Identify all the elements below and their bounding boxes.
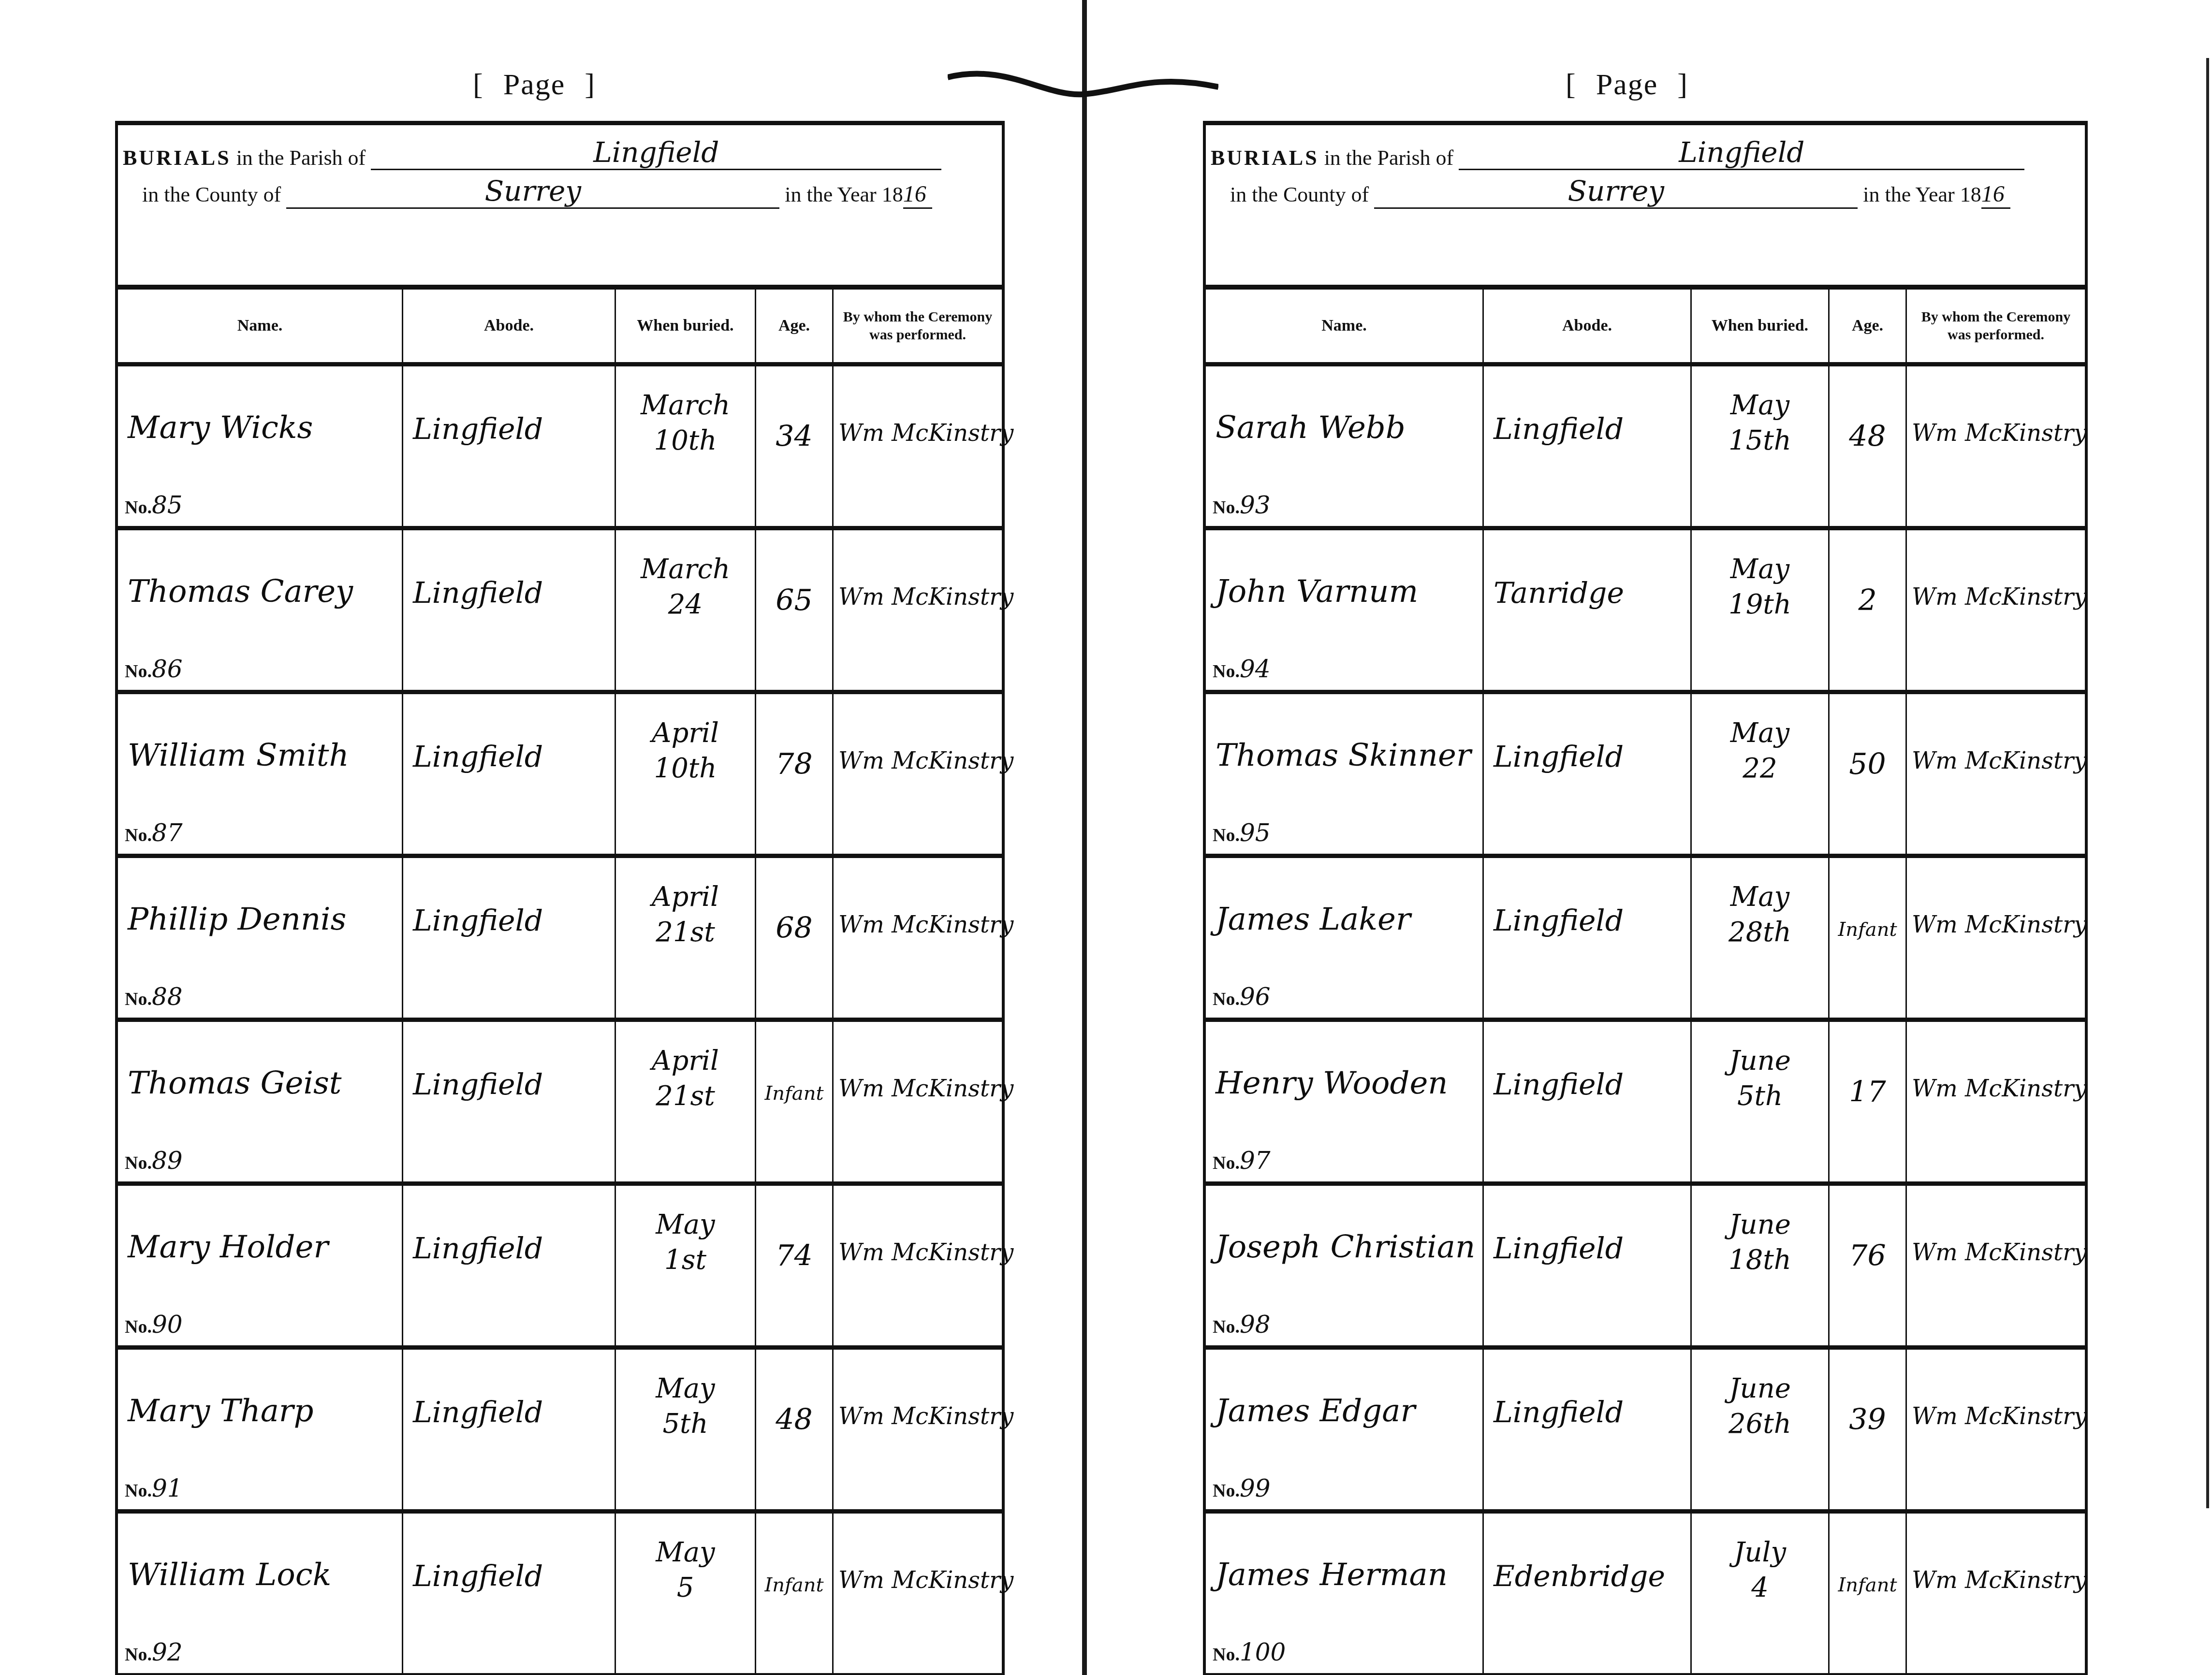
burial-day: 5 (616, 1571, 755, 1606)
deceased-name: Sarah Webb (1216, 410, 1406, 446)
officiant: Wm McKinstry (838, 1403, 1013, 1430)
burial-month: May (1692, 388, 1828, 423)
burial-date-cell: June18th (1692, 1186, 1830, 1345)
burial-month: May (1692, 552, 1828, 587)
burial-month: May (1692, 880, 1828, 915)
age: 39 (1830, 1403, 1905, 1437)
abode: Lingfield (1494, 1232, 1624, 1266)
age-cell: Infant (1830, 1514, 1907, 1673)
burial-entry-row: William LockNo.92LingfieldMay5InfantWm M… (118, 1514, 1002, 1675)
burial-date-cell: April10th (616, 694, 756, 854)
age-cell: 39 (1830, 1350, 1907, 1509)
age: Infant (1830, 918, 1905, 941)
parish-field: Lingfield (1459, 136, 2024, 170)
officiant: Wm McKinstry (838, 583, 1013, 611)
burial-entry-row: Thomas GeistNo.89LingfieldApril21stInfan… (118, 1022, 1002, 1186)
form-title: BURIALS (123, 146, 231, 170)
officiant: Wm McKinstry (838, 1239, 1013, 1266)
burial-day: 10th (616, 423, 755, 459)
burial-month: May (616, 1371, 755, 1407)
officiant-cell: Wm McKinstry (834, 366, 1002, 526)
age-cell: 2 (1830, 530, 1907, 690)
entry-number: No.87 (125, 819, 183, 847)
name-cell: Phillip DennisNo.88 (118, 858, 403, 1018)
age: 48 (756, 1403, 832, 1437)
page-number-label: [Page] (1546, 68, 1708, 102)
entry-number: No.91 (125, 1474, 183, 1502)
burial-month: June (1692, 1044, 1828, 1079)
deceased-name: Henry Wooden (1216, 1065, 1448, 1101)
deceased-name: James Edgar (1216, 1393, 1415, 1429)
burial-date-cell: March10th (616, 366, 756, 526)
abode: Lingfield (413, 1232, 543, 1266)
deceased-name: John Varnum (1216, 574, 1418, 610)
age-cell: Infant (756, 1514, 834, 1673)
burial-entry-row: James EdgarNo.99LingfieldJune26th39Wm Mc… (1206, 1350, 2085, 1514)
burial-month: May (616, 1208, 755, 1243)
deceased-name: Thomas Skinner (1216, 738, 1471, 773)
abode-cell: Lingfield (403, 858, 616, 1018)
officiant-cell: Wm McKinstry (1907, 694, 2085, 854)
deceased-name: Joseph Christian (1216, 1229, 1475, 1265)
officiant: Wm McKinstry (1912, 911, 2087, 938)
age-cell: 48 (1830, 366, 1907, 526)
abode: Edenbridge (1494, 1559, 1665, 1593)
abode: Lingfield (413, 740, 543, 774)
age: Infant (1830, 1574, 1905, 1596)
name-cell: Thomas SkinnerNo.95 (1206, 694, 1484, 854)
abode-cell: Lingfield (403, 530, 616, 690)
col-abode: Abode. (1484, 290, 1692, 362)
burial-entry-row: Mary HolderNo.90LingfieldMay1st74Wm McKi… (118, 1186, 1002, 1350)
abode-cell: Lingfield (1484, 1186, 1692, 1345)
name-cell: Thomas CareyNo.86 (118, 530, 403, 690)
entry-number: No.100 (1213, 1638, 1286, 1666)
entry-number: No.88 (125, 983, 183, 1011)
entry-number: No.98 (1213, 1311, 1271, 1339)
abode-cell: Lingfield (403, 1186, 616, 1345)
age: 74 (756, 1239, 832, 1273)
abode-cell: Lingfield (1484, 366, 1692, 526)
deceased-name: Thomas Carey (128, 574, 353, 610)
burial-day: 18th (1692, 1243, 1828, 1278)
deceased-name: Mary Tharp (128, 1393, 313, 1429)
book-gutter (1082, 0, 1087, 1675)
officiant: Wm McKinstry (1912, 1567, 2087, 1594)
burial-date-cell: April21st (616, 858, 756, 1018)
age: 48 (1830, 420, 1905, 453)
burial-entry-row: Mary WicksNo.85LingfieldMarch10th34Wm Mc… (118, 366, 1002, 530)
burial-date-cell: May15th (1692, 366, 1830, 526)
officiant-cell: Wm McKinstry (1907, 530, 2085, 690)
age-cell: 78 (756, 694, 834, 854)
officiant-cell: Wm McKinstry (834, 858, 1002, 1018)
abode-cell: Lingfield (1484, 694, 1692, 854)
burial-month: May (1692, 716, 1828, 751)
burial-month: June (1692, 1208, 1828, 1243)
burial-day: 10th (616, 751, 755, 787)
abode: Lingfield (413, 1396, 543, 1429)
county-field: Surrey (1374, 175, 1858, 209)
page-edge (2206, 58, 2209, 1508)
burial-date-cell: March24 (616, 530, 756, 690)
burial-day: 5th (616, 1407, 755, 1442)
burial-day: 19th (1692, 587, 1828, 623)
register-table: BURIALS in the Parish of Lingfield in th… (115, 121, 1005, 1675)
burial-date-cell: May5th (616, 1350, 756, 1509)
name-cell: William LockNo.92 (118, 1514, 403, 1673)
age: Infant (756, 1082, 832, 1105)
deceased-name: William Lock (128, 1557, 331, 1593)
officiant-cell: Wm McKinstry (1907, 1186, 2085, 1345)
burial-month: June (1692, 1371, 1828, 1407)
col-name: Name. (118, 290, 403, 362)
entry-number: No.90 (125, 1311, 183, 1339)
officiant-cell: Wm McKinstry (1907, 1022, 2085, 1181)
burial-day: 15th (1692, 423, 1828, 459)
name-cell: Mary HolderNo.90 (118, 1186, 403, 1345)
officiant: Wm McKinstry (838, 1075, 1013, 1102)
burial-date-cell: May5 (616, 1514, 756, 1673)
age-cell: 48 (756, 1350, 834, 1509)
age-cell: 34 (756, 366, 834, 526)
burial-month: April (616, 1044, 755, 1079)
name-cell: Mary TharpNo.91 (118, 1350, 403, 1509)
entry-number: No.93 (1213, 491, 1271, 519)
officiant: Wm McKinstry (1912, 1239, 2087, 1266)
name-cell: Henry WoodenNo.97 (1206, 1022, 1484, 1181)
burial-month: May (616, 1535, 755, 1571)
burial-entry-row: Thomas SkinnerNo.95LingfieldMay2250Wm Mc… (1206, 694, 2085, 858)
col-name: Name. (1206, 290, 1484, 362)
age-cell: 50 (1830, 694, 1907, 854)
age-cell: 17 (1830, 1022, 1907, 1181)
officiant-cell: Wm McKinstry (834, 1186, 1002, 1345)
burial-date-cell: May1st (616, 1186, 756, 1345)
age-cell: Infant (1830, 858, 1907, 1018)
abode: Lingfield (1494, 1068, 1624, 1102)
name-cell: Sarah WebbNo.93 (1206, 366, 1484, 526)
officiant-cell: Wm McKinstry (834, 1514, 1002, 1673)
age: 50 (1830, 747, 1905, 781)
burial-date-cell: May22 (1692, 694, 1830, 854)
officiant: Wm McKinstry (1912, 1403, 2087, 1430)
entry-number: No.89 (125, 1147, 183, 1175)
burial-month: March (616, 388, 755, 423)
abode-cell: Tanridge (1484, 530, 1692, 690)
burial-date-cell: May19th (1692, 530, 1830, 690)
abode: Lingfield (413, 412, 543, 446)
officiant-cell: Wm McKinstry (834, 530, 1002, 690)
col-age: Age. (756, 290, 834, 362)
abode-cell: Lingfield (1484, 1350, 1692, 1509)
deceased-name: William Smith (128, 738, 349, 773)
deceased-name: Mary Wicks (128, 410, 313, 446)
burial-date-cell: June26th (1692, 1350, 1830, 1509)
age: 78 (756, 747, 832, 781)
burial-entry-row: Phillip DennisNo.88LingfieldApril21st68W… (118, 858, 1002, 1022)
age: 2 (1830, 583, 1905, 617)
column-headers: Name. Abode. When buried. Age. By whom t… (118, 290, 1002, 366)
officiant: Wm McKinstry (838, 420, 1013, 447)
officiant-cell: Wm McKinstry (1907, 1350, 2085, 1509)
burial-entry-row: John VarnumNo.94TanridgeMay19th2Wm McKin… (1206, 530, 2085, 694)
deceased-name: Phillip Dennis (128, 902, 346, 937)
entry-number: No.96 (1213, 983, 1271, 1011)
name-cell: James EdgarNo.99 (1206, 1350, 1484, 1509)
year-field: 16 (1981, 181, 2010, 209)
burial-month: April (616, 880, 755, 915)
entry-number: No.99 (1213, 1474, 1271, 1502)
deceased-name: James Laker (1216, 902, 1410, 937)
age: 65 (756, 583, 832, 617)
age-cell: 76 (1830, 1186, 1907, 1345)
officiant-cell: Wm McKinstry (834, 694, 1002, 854)
entry-number: No.85 (125, 491, 183, 519)
age-cell: Infant (756, 1022, 834, 1181)
name-cell: James LakerNo.96 (1206, 858, 1484, 1018)
abode: Lingfield (413, 576, 543, 610)
abode: Lingfield (1494, 1396, 1624, 1429)
abode-cell: Lingfield (1484, 858, 1692, 1018)
officiant-cell: Wm McKinstry (834, 1022, 1002, 1181)
entry-number: No.92 (125, 1638, 183, 1666)
burial-day: 22 (1692, 751, 1828, 787)
name-cell: Mary WicksNo.85 (118, 366, 403, 526)
col-abode: Abode. (403, 290, 616, 362)
name-cell: Joseph ChristianNo.98 (1206, 1186, 1484, 1345)
abode: Lingfield (1494, 412, 1624, 446)
name-cell: John VarnumNo.94 (1206, 530, 1484, 690)
abode: Lingfield (1494, 740, 1624, 774)
burial-date-cell: May28th (1692, 858, 1830, 1018)
year-field: 16 (903, 181, 932, 209)
age: 76 (1830, 1239, 1905, 1273)
burial-day: 21st (616, 1079, 755, 1114)
officiant-cell: Wm McKinstry (1907, 858, 2085, 1018)
burial-day: 1st (616, 1243, 755, 1278)
officiant: Wm McKinstry (1912, 583, 2087, 611)
entry-number: No.86 (125, 655, 183, 683)
burial-day: 26th (1692, 1407, 1828, 1442)
abode-cell: Lingfield (403, 1022, 616, 1181)
col-when-buried: When buried. (616, 290, 756, 362)
abode: Tanridge (1494, 576, 1624, 610)
burial-entry-row: Joseph ChristianNo.98LingfieldJune18th76… (1206, 1186, 2085, 1350)
burial-entry-row: William SmithNo.87LingfieldApril10th78Wm… (118, 694, 1002, 858)
burial-date-cell: June5th (1692, 1022, 1830, 1181)
officiant: Wm McKinstry (838, 1567, 1013, 1594)
burial-month: July (1692, 1535, 1828, 1571)
burial-day: 4 (1692, 1571, 1828, 1606)
age: 68 (756, 911, 832, 945)
form-title: BURIALS (1211, 146, 1319, 170)
abode-cell: Lingfield (403, 366, 616, 526)
abode-cell: Lingfield (403, 1514, 616, 1673)
abode: Lingfield (413, 904, 543, 938)
col-age: Age. (1830, 290, 1907, 362)
burial-month: March (616, 552, 755, 587)
burial-date-cell: April21st (616, 1022, 756, 1181)
register-heading: BURIALS in the Parish of Lingfield in th… (118, 121, 1002, 290)
burial-entry-row: James LakerNo.96LingfieldMay28thInfantWm… (1206, 858, 2085, 1022)
col-officiant: By whom the Ceremony was performed. (834, 290, 1002, 362)
officiant: Wm McKinstry (838, 911, 1013, 938)
entry-number: No.94 (1213, 655, 1271, 683)
age-cell: 74 (756, 1186, 834, 1345)
abode-cell: Lingfield (403, 1350, 616, 1509)
entry-number: No.95 (1213, 819, 1271, 847)
name-cell: Thomas GeistNo.89 (118, 1022, 403, 1181)
col-when-buried: When buried. (1692, 290, 1830, 362)
abode-cell: Lingfield (403, 694, 616, 854)
age-cell: 65 (756, 530, 834, 690)
burial-entry-row: James HermanNo.100EdenbridgeJuly4InfantW… (1206, 1514, 2085, 1675)
officiant: Wm McKinstry (838, 747, 1013, 774)
abode: Lingfield (1494, 904, 1624, 938)
burial-day: 24 (616, 587, 755, 623)
burial-entry-row: Thomas CareyNo.86LingfieldMarch2465Wm Mc… (118, 530, 1002, 694)
burial-month: April (616, 716, 755, 751)
register-heading: BURIALS in the Parish of Lingfield in th… (1206, 121, 2085, 290)
register-table: BURIALS in the Parish of Lingfield in th… (1203, 121, 2088, 1675)
burial-entry-row: Sarah WebbNo.93LingfieldMay15th48Wm McKi… (1206, 366, 2085, 530)
page-number-label: [Page] (454, 68, 615, 102)
officiant-cell: Wm McKinstry (1907, 1514, 2085, 1673)
age: 17 (1830, 1075, 1905, 1109)
age-cell: 68 (756, 858, 834, 1018)
parish-field: Lingfield (371, 136, 941, 170)
deceased-name: Thomas Geist (128, 1065, 342, 1101)
age: Infant (756, 1574, 832, 1596)
abode-cell: Lingfield (1484, 1022, 1692, 1181)
burial-date-cell: July4 (1692, 1514, 1830, 1673)
county-field: Surrey (286, 175, 779, 209)
col-officiant: By whom the Ceremony was performed. (1907, 290, 2085, 362)
officiant: Wm McKinstry (1912, 1075, 2087, 1102)
name-cell: William SmithNo.87 (118, 694, 403, 854)
burial-day: 5th (1692, 1079, 1828, 1114)
name-cell: James HermanNo.100 (1206, 1514, 1484, 1673)
column-headers: Name. Abode. When buried. Age. By whom t… (1206, 290, 2085, 366)
age: 34 (756, 420, 832, 453)
deceased-name: Mary Holder (128, 1229, 328, 1265)
burial-day: 21st (616, 915, 755, 950)
abode: Lingfield (413, 1068, 543, 1102)
officiant: Wm McKinstry (1912, 420, 2087, 447)
burial-entry-row: Henry WoodenNo.97LingfieldJune5th17Wm Mc… (1206, 1022, 2085, 1186)
bookmark-ribbon (948, 68, 1218, 111)
officiant-cell: Wm McKinstry (1907, 366, 2085, 526)
officiant-cell: Wm McKinstry (834, 1350, 1002, 1509)
burial-day: 28th (1692, 915, 1828, 950)
deceased-name: James Herman (1216, 1557, 1448, 1593)
officiant: Wm McKinstry (1912, 747, 2087, 774)
abode: Lingfield (413, 1559, 543, 1593)
entry-number: No.97 (1213, 1147, 1271, 1175)
burial-entry-row: Mary TharpNo.91LingfieldMay5th48Wm McKin… (118, 1350, 1002, 1514)
abode-cell: Edenbridge (1484, 1514, 1692, 1673)
